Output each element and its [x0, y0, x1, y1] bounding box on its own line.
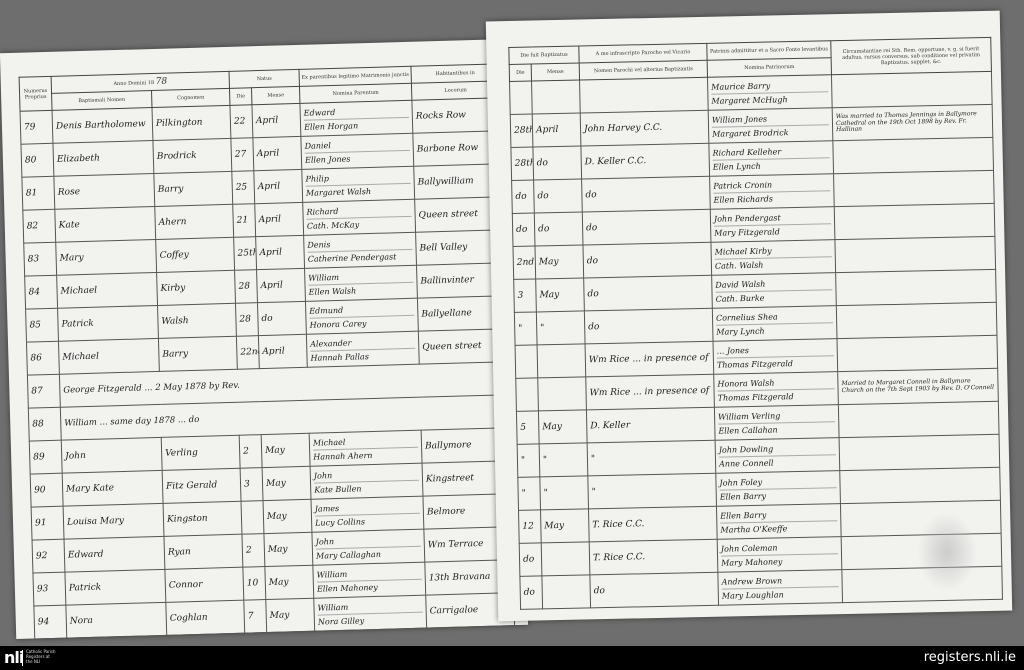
sponsors-names: John PendergastMary Fitzgerald	[710, 207, 835, 243]
minister-name	[580, 77, 709, 113]
parents-names: RichardCath. McKay	[303, 199, 416, 235]
marginal-note	[836, 269, 997, 305]
born-month: April	[256, 235, 305, 269]
parents-names: JamesLucy Collins	[311, 496, 424, 532]
surname: Coffey	[156, 237, 235, 272]
sponsors-names: John DowlingAnne Connell	[715, 438, 840, 474]
minister-name: John Harvey C.C.	[580, 110, 709, 146]
minister-name: T. Rice C.C.	[589, 506, 718, 542]
born-day: 28	[235, 270, 258, 304]
minister-name: do	[584, 308, 713, 344]
viewer-footer-bar: nli Catholic Parish Registers at the NLI…	[0, 646, 1024, 670]
baptism-day	[510, 81, 533, 114]
godmother-name: Ellen Richards	[713, 191, 830, 206]
parents-names: AlexanderHannah Pallas	[306, 331, 419, 367]
sponsors-names: John FoleyEllen Barry	[716, 471, 841, 507]
baptism-month	[537, 344, 586, 378]
nli-logo[interactable]: nli	[4, 649, 23, 667]
mother-name: Ellen Mahoney	[317, 579, 422, 595]
logo-caption: Catholic Parish Registers at the NLI	[26, 649, 56, 664]
sponsors-names: Michael KirbyCath. Walsh	[711, 240, 836, 276]
surname: Ahern	[155, 204, 234, 239]
entry-number: 91	[31, 506, 64, 540]
right-register-page: Die fuit Baptizatus A me infrascripto Pa…	[486, 11, 1012, 622]
header-born-day: Die	[230, 88, 252, 106]
entry-number: 83	[24, 242, 57, 276]
entry-number: 79	[20, 110, 53, 144]
godmother-name: Ellen Barry	[720, 488, 837, 503]
mother-name: Hannah Ahern	[313, 447, 418, 463]
marginal-note	[834, 170, 995, 206]
parents-names: JohnKate Bullen	[310, 463, 423, 499]
baptism-month: "	[539, 443, 588, 477]
entry-number: 92	[32, 539, 65, 573]
baptismal-name: Nora	[66, 602, 167, 638]
sponsors-names: David WalshCath. Burke	[712, 273, 837, 309]
minister-name: Wm Rice ... in presence of	[585, 341, 714, 377]
minister-name: D. Keller C.C.	[581, 143, 710, 179]
baptism-day: 3	[514, 279, 537, 312]
baptismal-name: John	[61, 437, 162, 473]
baptismal-name: Denis Bartholomew	[52, 108, 153, 144]
baptism-month: do	[534, 179, 583, 213]
born-month: May	[262, 466, 311, 500]
godmother-name: Margaret Brodrick	[712, 125, 829, 140]
godmother-name: Cath. Walsh	[715, 257, 832, 272]
mother-name: Kate Bullen	[314, 480, 419, 496]
surname: Kirby	[157, 270, 236, 305]
mother-name: Honora Carey	[309, 315, 414, 331]
born-day: 3	[240, 468, 263, 502]
born-day: 2	[242, 534, 265, 568]
mother-name: Ellen Jones	[305, 150, 410, 166]
entry-number: 94	[34, 605, 67, 639]
surname: Barry	[158, 336, 237, 371]
born-day: 10	[243, 567, 266, 601]
baptism-day: do	[512, 180, 535, 213]
baptism-day: 12	[519, 510, 542, 543]
baptism-day: "	[514, 312, 537, 345]
surname: Brodrick	[153, 138, 232, 173]
sponsors-names: Honora WalshThomas Fitzgerald	[714, 372, 839, 408]
born-month: May	[263, 499, 312, 533]
baptism-month: April	[532, 113, 581, 147]
minister-name: do	[582, 209, 711, 245]
mother-name: Hannah Pallas	[310, 348, 415, 364]
entry-number: 89	[29, 440, 62, 474]
godmother-name: Ellen Callahan	[718, 422, 835, 437]
godmother-name: Thomas Fitzgerald	[718, 389, 835, 404]
born-month: April	[257, 268, 306, 302]
page-damage-stain	[916, 511, 978, 592]
marginal-note	[833, 137, 994, 173]
surname: Coghlan	[166, 600, 245, 635]
baptism-day	[516, 378, 539, 411]
surname: Walsh	[158, 303, 237, 338]
entry-number: 85	[26, 308, 59, 342]
born-day: 22nd	[236, 336, 259, 370]
born-day: 7	[244, 600, 267, 634]
parents-names: DenisCatherine Pendergast	[304, 232, 417, 268]
minister-name: do	[590, 572, 719, 608]
mother-name: Lucy Collins	[315, 513, 420, 529]
baptism-day	[515, 345, 538, 378]
baptismal-name: Kate	[55, 206, 156, 242]
born-day: 25th	[234, 237, 257, 271]
surname: Fitz Gerald	[162, 468, 241, 503]
born-month: May	[261, 433, 310, 467]
godmother-name: Ellen Lynch	[713, 158, 830, 173]
marginal-note	[835, 236, 996, 272]
minister-name: "	[587, 440, 716, 476]
surname: Ryan	[164, 534, 243, 569]
entry-number: 80	[21, 143, 54, 177]
header-bapt-month: Mense	[531, 63, 579, 81]
sponsors-names: Maurice BarryMargaret McHugh	[707, 75, 832, 111]
born-month: April	[255, 202, 304, 236]
sponsors-names: Patrick CroninEllen Richards	[710, 174, 835, 210]
baptism-day: 28th	[511, 147, 534, 180]
surname: Verling	[161, 435, 240, 470]
born-month: May	[265, 565, 314, 599]
godmother-name: Thomas Fitzgerald	[717, 356, 834, 371]
marginal-note	[838, 401, 999, 437]
baptism-month	[542, 575, 591, 609]
parents-names: WilliamEllen Mahoney	[313, 562, 426, 598]
baptism-day: 5	[516, 411, 539, 444]
minister-name: D. Keller	[586, 407, 715, 443]
entry-number: 84	[25, 275, 58, 309]
entry-number: 88	[28, 407, 61, 441]
godmother-name: Mary Fitzgerald	[714, 224, 831, 239]
baptism-month: May	[541, 509, 590, 543]
left-register-page: Numerus Proprius Anno Domini 18 78 Natus…	[0, 39, 528, 639]
born-month: April	[254, 169, 303, 203]
baptismal-name: Mary Kate	[62, 470, 163, 506]
minister-name: "	[588, 473, 717, 509]
entry-number: 93	[33, 572, 66, 606]
mother-name: Nora Gilley	[318, 612, 423, 628]
marginal-note	[836, 302, 997, 338]
baptismal-name: Elizabeth	[53, 141, 154, 177]
mother-name: Cath. McKay	[307, 216, 412, 232]
born-month: May	[264, 532, 313, 566]
parents-names: DanielEllen Jones	[301, 133, 414, 169]
baptism-month: May	[538, 410, 587, 444]
marginal-note: Married to Margaret Connell in Ballymore…	[838, 368, 999, 404]
parents-names: EdwardEllen Horgan	[300, 100, 413, 136]
header-bapt-day: Die	[509, 64, 531, 81]
parents-names: JohnMary Callaghan	[312, 529, 425, 565]
baptism-month: do	[533, 146, 582, 180]
entry-number: 90	[30, 473, 63, 507]
baptism-month: May	[535, 245, 584, 279]
baptism-month: "	[540, 476, 589, 510]
parents-names: PhilipMargaret Walsh	[302, 166, 415, 202]
sponsors-names: Andrew BrownMary Loughlan	[718, 570, 843, 606]
entry-number: 82	[23, 209, 56, 243]
baptism-day: do	[512, 213, 535, 246]
baptism-day: 28th	[510, 114, 533, 147]
godmother-name: Anne Connell	[719, 455, 836, 470]
header-notes: Circumstantiae rei Sth. Rem. opportune, …	[831, 37, 992, 74]
born-day: 25	[232, 171, 255, 205]
minister-name: do	[582, 176, 711, 212]
header-surname: Cognomen	[152, 88, 230, 107]
minister-name: T. Rice C.C.	[589, 539, 718, 575]
baptism-month	[538, 377, 587, 411]
mother-name: Catherine Pendergast	[308, 249, 413, 265]
born-day: 22	[230, 105, 253, 139]
godmother-name: Margaret McHugh	[711, 92, 828, 107]
baptismal-name: Edward	[64, 536, 165, 572]
marginal-note	[834, 203, 995, 239]
born-month: April	[252, 103, 301, 137]
baptism-register-table-left: Numerus Proprius Anno Domini 18 78 Natus…	[19, 63, 516, 639]
baptismal-name: Mary	[56, 239, 157, 275]
born-day: 2	[239, 435, 262, 469]
minister-name: do	[584, 275, 713, 311]
marginal-note: Was married to Thomas Jennings in Ballym…	[832, 104, 993, 140]
baptismal-name: Michael	[58, 338, 159, 374]
baptism-month: May	[536, 278, 585, 312]
parents-names: WilliamEllen Walsh	[305, 265, 418, 301]
parents-names: WilliamNora Gilley	[314, 595, 427, 631]
entry-number: 86	[26, 341, 59, 375]
surname: Pilkington	[152, 105, 231, 140]
sponsors-names: Cornelius SheaMary Lynch	[712, 306, 837, 342]
minister-name: Wm Rice ... in presence of	[586, 374, 715, 410]
godmother-name: Martha O'Keeffe	[720, 521, 837, 536]
godmother-name: Mary Lynch	[716, 323, 833, 338]
baptismal-name: Patrick	[58, 305, 159, 341]
surname: Barry	[154, 171, 233, 206]
born-month: May	[266, 598, 315, 632]
surname: Connor	[165, 567, 244, 602]
baptism-month: "	[536, 311, 585, 345]
born-month: April	[258, 334, 307, 368]
baptism-month: do	[534, 212, 583, 246]
baptism-day: 2nd	[513, 246, 536, 279]
born-day: 27	[231, 138, 254, 172]
mother-name: Ellen Horgan	[304, 117, 409, 133]
baptismal-name: Michael	[57, 272, 158, 308]
baptism-day: do	[519, 543, 542, 576]
site-link[interactable]: registers.nli.ie	[924, 650, 1016, 665]
entry-number: 81	[22, 176, 55, 210]
sponsors-names: Richard KelleherEllen Lynch	[709, 141, 834, 177]
logo-divider	[22, 650, 23, 666]
surname: Kingston	[163, 501, 242, 536]
sponsors-names: William JonesMargaret Brodrick	[708, 108, 833, 144]
entry-number: 87	[27, 374, 60, 408]
marginal-note	[831, 71, 992, 107]
godmother-name: Mary Mahoney	[721, 554, 838, 569]
parents-names: EdmundHonora Carey	[305, 298, 418, 334]
godmother-name: Cath. Burke	[715, 290, 832, 305]
header-baptised: Die fuit Baptizatus	[509, 46, 579, 64]
baptism-month	[541, 542, 590, 576]
header-born: Natus	[229, 69, 299, 88]
sponsors-names: John ColemanMary Mahoney	[717, 537, 842, 573]
born-month: do	[257, 301, 306, 335]
sponsors-names: William VerlingEllen Callahan	[714, 405, 839, 441]
header-born-month: Mense	[251, 86, 299, 104]
sponsors-names: Ellen BarryMartha O'Keeffe	[716, 504, 841, 540]
header-number: Numerus Proprius	[19, 76, 52, 111]
born-month: April	[253, 136, 302, 170]
mother-name: Mary Callaghan	[316, 546, 421, 562]
godmother-name: Mary Loughlan	[722, 587, 839, 602]
marginal-note	[837, 335, 998, 371]
mother-name: Margaret Walsh	[306, 183, 411, 199]
marginal-note	[839, 434, 1000, 470]
mother-name: Ellen Walsh	[309, 282, 414, 298]
baptism-day: "	[518, 477, 541, 510]
baptismal-name: Louisa Mary	[63, 503, 164, 539]
born-day	[241, 501, 264, 535]
baptism-day: do	[520, 576, 543, 609]
baptismal-name: Rose	[54, 174, 155, 210]
baptism-day: "	[517, 444, 540, 477]
born-day: 21	[233, 204, 256, 238]
born-day: 28	[236, 303, 259, 337]
marginal-note	[840, 467, 1001, 503]
baptismal-name: Patrick	[65, 569, 166, 605]
baptism-month	[532, 80, 581, 114]
sponsors-names: ... JonesThomas Fitzgerald	[713, 339, 838, 375]
minister-name: do	[583, 242, 712, 278]
parents-names: MichaelHannah Ahern	[309, 430, 422, 466]
